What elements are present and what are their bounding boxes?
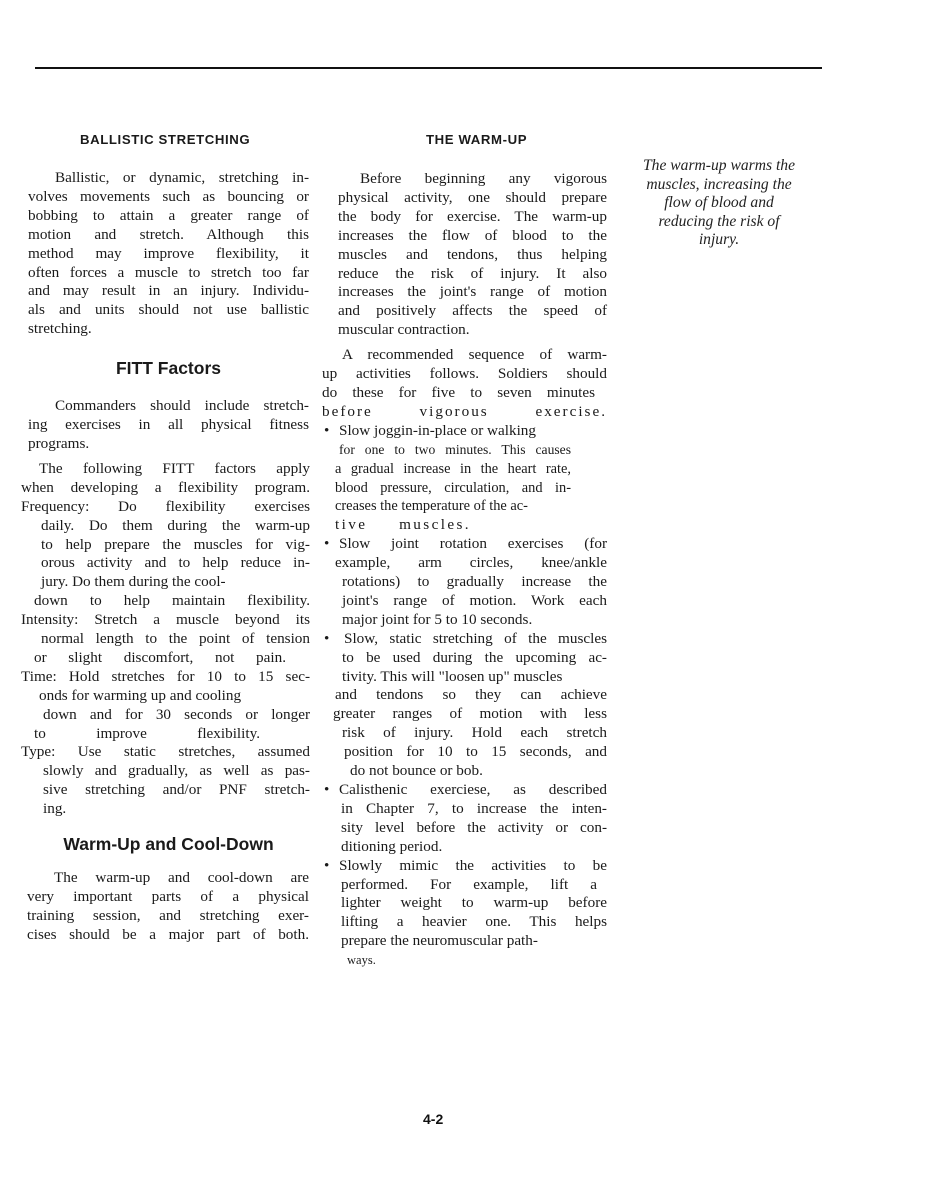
text-line: increases the joint's range of motion (338, 283, 607, 302)
warm-up-sequence-paragraph: A recommended sequence of warm- up activ… (322, 346, 609, 422)
text-line: normal length to the point of tension (21, 630, 310, 649)
text-line: sity level before the activity or con- (322, 819, 607, 838)
bullet-icon: • (324, 422, 329, 441)
text-line: to help prepare the muscles for vig- (21, 536, 310, 555)
bullet-icon: • (324, 781, 329, 800)
warm-up-bullet-item: • Calisthenic exerciese, as described in… (322, 781, 609, 857)
margin-note-line: muscles, increasing the (626, 176, 812, 195)
text-line: example, arm circles, knee/ankle (322, 554, 607, 573)
text-line: slowly and gradually, as well as pas- (21, 762, 310, 781)
text-line: lifting a heavier one. This helps (322, 913, 607, 932)
margin-note-line: reducing the risk of (626, 213, 812, 232)
text-line: stretching. (28, 320, 309, 339)
text-line: risk of injury. Hold each stretch (322, 724, 607, 743)
section-heading-fitt-factors: FITT Factors (28, 357, 309, 379)
text-line: do these for five to seven minutes (322, 384, 607, 403)
section-heading-the-warm-up: THE WARM-UP (322, 131, 609, 149)
margin-note-line: flow of blood and (626, 194, 812, 213)
text-line: Slow joggin-in-place or walking (322, 422, 571, 441)
text-line: down and for 30 seconds or longer (21, 706, 310, 725)
text-line: Frequency: Do flexibility exercises (21, 498, 310, 517)
text-line: ing. (21, 800, 310, 819)
text-line: Type: Use static stretches, assumed (21, 743, 310, 762)
text-line: orous activity and to help reduce in- (21, 554, 310, 573)
text-line: physical activity, one should prepare (338, 189, 607, 208)
fitt-intro-paragraph: Commanders should include stretch- ing e… (28, 397, 309, 454)
text-line: joint's range of motion. Work each (322, 592, 607, 611)
fitt-intensity-item: Intensity: Stretch a muscle beyond its n… (21, 611, 310, 668)
text-line: very important parts of a physical (27, 888, 309, 907)
warm-up-bullet-item: • Slow, static stretching of the muscles… (322, 630, 609, 781)
text-line: daily. Do them during the warm-up (21, 517, 310, 536)
text-line: Calisthenic exerciese, as described (322, 781, 607, 800)
warm-up-intro-paragraph: Before beginning any vigorous physical a… (322, 170, 609, 340)
text-line: often forces a muscle to stretch too far (28, 264, 309, 283)
warm-up-bullet-item: • Slow joggin-in-place or walking for on… (322, 422, 609, 535)
text-line: ing exercises in all physical fitness (28, 416, 309, 435)
text-line: to improve flexibility. (21, 725, 310, 744)
text-line: sive stretching and/or PNF stretch- (21, 781, 310, 800)
text-line: tivity. This will "loosen up" muscles (322, 668, 607, 687)
warm-up-bullet-item: • Slowly mimic the activities to be perf… (322, 857, 609, 970)
text-line: The warm-up and cool-down are (27, 869, 309, 888)
top-rule (35, 67, 822, 69)
text-line: in Chapter 7, to increase the inten- (322, 800, 607, 819)
text-line: ditioning period. (322, 838, 607, 857)
text-line: jury. Do them during the cool- (21, 573, 310, 592)
text-line: programs. (28, 435, 309, 454)
text-line: onds for warming up and cooling (21, 687, 310, 706)
text-line: and tendons so they can achieve (322, 686, 607, 705)
fitt-type-item: Type: Use static stretches, assumed slow… (21, 743, 310, 819)
left-column: BALLISTIC STRETCHING Ballistic, or dynam… (28, 131, 309, 945)
margin-note-line: The warm-up warms the (626, 157, 812, 176)
text-line: for one to two minutes. This causes (322, 441, 571, 460)
text-line: lighter weight to warm-up before (322, 894, 607, 913)
text-line: method may improve flexibility, it (28, 245, 309, 264)
text-line: bobbing to attain a greater range of (28, 207, 309, 226)
text-line: and may result in an injury. Individu- (28, 282, 309, 301)
bullet-icon: • (324, 535, 329, 554)
text-line: motion and stretch. Although this (28, 226, 309, 245)
text-line: reduce the risk of injury. It also (338, 265, 607, 284)
text-line: Ballistic, or dynamic, stretching in- (28, 169, 309, 188)
text-line: increases the flow of blood to the (338, 227, 607, 246)
text-line: Intensity: Stretch a muscle beyond its (21, 611, 310, 630)
text-line: to be used during the upcoming ac- (322, 649, 607, 668)
text-line: down to help maintain flexibility. (21, 592, 310, 611)
text-line: position for 10 to 15 seconds, and (322, 743, 607, 762)
text-line: als and units should not use ballistic (28, 301, 309, 320)
bullet-icon: • (324, 857, 329, 876)
page-number: 4-2 (423, 1111, 443, 1127)
text-line: blood pressure, circulation, and in- (322, 479, 571, 498)
text-line: when developing a flexibility program. (21, 479, 310, 498)
margin-note: The warm-up warms the muscles, increasin… (626, 157, 812, 250)
middle-column: THE WARM-UP Before beginning any vigorou… (322, 131, 609, 970)
bullet-icon: • (324, 630, 329, 649)
text-line: Time: Hold stretches for 10 to 15 sec- (21, 668, 310, 687)
section-heading-warm-up-cool-down: Warm-Up and Cool-Down (28, 833, 309, 855)
fitt-apply-paragraph: The following FITT factors apply when de… (21, 460, 310, 498)
warm-up-bullet-item: • Slow joint rotation exercises (for exa… (322, 535, 609, 630)
text-line: training session, and stretching exer- (27, 907, 309, 926)
text-line: A recommended sequence of warm- (322, 346, 607, 365)
section-heading-ballistic-stretching: BALLISTIC STRETCHING (28, 131, 309, 149)
text-line: performed. For example, lift a (322, 876, 607, 895)
text-line: rotations) to gradually increase the (322, 573, 607, 592)
fitt-time-item: Time: Hold stretches for 10 to 15 sec- o… (21, 668, 310, 744)
text-line: greater ranges of motion with less (322, 705, 607, 724)
warmup-cooldown-paragraph: The warm-up and cool-down are very impor… (27, 869, 309, 945)
text-line: tive muscles. (322, 516, 571, 535)
text-line: Slow, static stretching of the muscles (322, 630, 607, 649)
fitt-frequency-item: Frequency: Do flexibility exercises dail… (21, 498, 310, 611)
text-line: creases the temperature of the ac- (322, 497, 571, 516)
text-line: do not bounce or bob. (322, 762, 607, 781)
text-line: the body for exercise. The warm-up (338, 208, 607, 227)
text-line: a gradual increase in the heart rate, (322, 460, 571, 479)
text-line: or slight discomfort, not pain. (21, 649, 310, 668)
text-line: volves movements such as bouncing or (28, 188, 309, 207)
ballistic-paragraph: Ballistic, or dynamic, stretching in- vo… (28, 169, 309, 339)
text-line: ways. (322, 951, 607, 970)
text-line: Before beginning any vigorous (338, 170, 607, 189)
text-line: Slow joint rotation exercises (for (322, 535, 607, 554)
text-line: up activities follows. Soldiers should (322, 365, 607, 384)
text-line: The following FITT factors apply (21, 460, 310, 479)
text-line: muscles and tendons, thus helping (338, 246, 607, 265)
text-line: muscular contraction. (338, 321, 607, 340)
text-line: major joint for 5 to 10 seconds. (322, 611, 607, 630)
text-line: cises should be a major part of both. (27, 926, 309, 945)
text-line: before vigorous exercise. (322, 403, 607, 422)
text-line: Slowly mimic the activities to be (322, 857, 607, 876)
text-line: Commanders should include stretch- (28, 397, 309, 416)
text-line: prepare the neuromuscular path- (322, 932, 607, 951)
margin-note-line: injury. (626, 231, 812, 250)
text-line: and positively affects the speed of (338, 302, 607, 321)
